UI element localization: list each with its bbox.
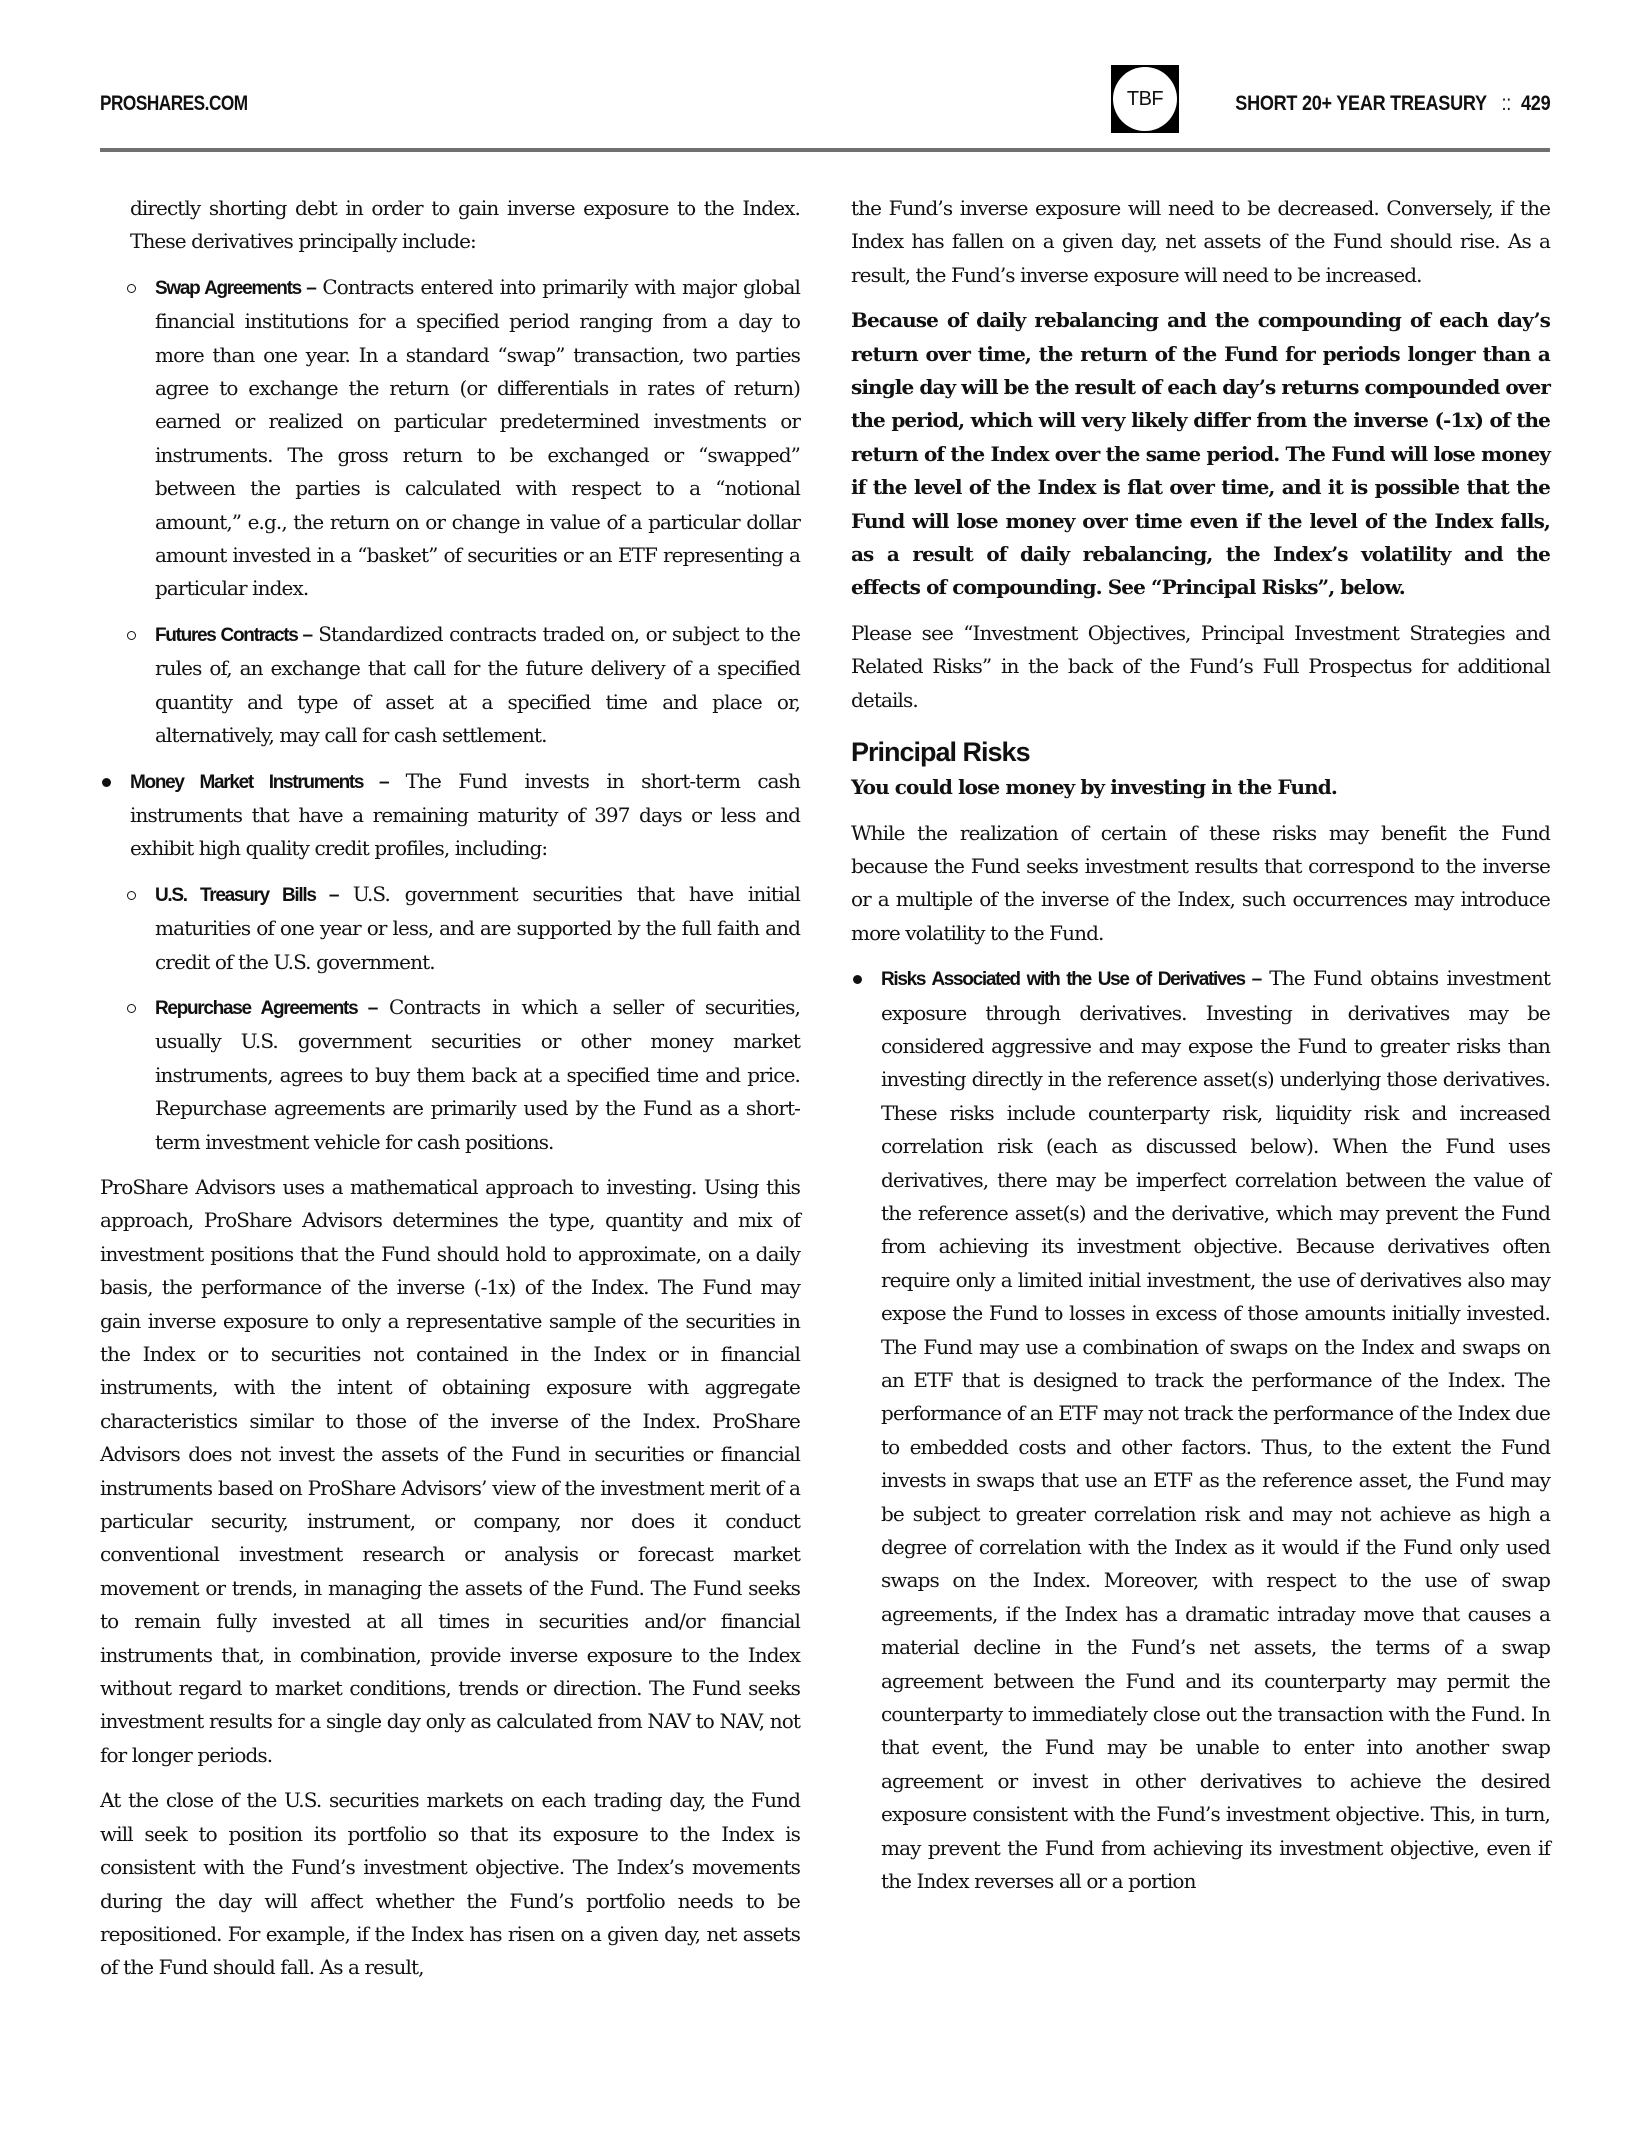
term-label: Repurchase Agreements – — [155, 998, 377, 1019]
paragraph-continued: the Fund’s inverse exposure will need to… — [851, 192, 1550, 292]
list-item-money-market: Money Market Instruments – The Fund inve… — [100, 765, 800, 866]
list-item-swap-agreements: Swap Agreements – Contracts entered into… — [100, 271, 800, 606]
page-header: PROSHARES.COM TBF SHORT 20+ YEAR TREASUR… — [100, 60, 1550, 152]
page-number: 429 — [1521, 92, 1550, 115]
ticker-badge-icon: TBF — [1111, 65, 1179, 133]
section-title-principal-risks: Principal Risks — [851, 735, 1550, 769]
ticker-badge-label: TBF — [1113, 67, 1177, 131]
paragraph-realization: While the realization of certain of thes… — [851, 817, 1550, 951]
term-text: The Fund obtains investment exposure thr… — [881, 966, 1550, 1893]
site-url: PROSHARES.COM — [100, 92, 248, 116]
list-item-derivatives-risk: Risks Associated with the Use of Derivat… — [851, 962, 1550, 1898]
hollow-bullet-icon — [127, 1004, 136, 1013]
term-label: Swap Agreements – — [155, 278, 316, 299]
paragraph-compounding-warning: Because of daily rebalancing and the com… — [851, 304, 1550, 605]
term-label: Risks Associated with the Use of Derivat… — [881, 969, 1261, 990]
term-text: Contracts entered into primarily with ma… — [155, 275, 800, 601]
separator: :: — [1501, 92, 1511, 115]
paragraph-see-prospectus: Please see “Investment Objectives, Princ… — [851, 617, 1550, 717]
list-item-repurchase-agreements: Repurchase Agreements – Contracts in whi… — [100, 991, 800, 1159]
list-item-futures-contracts: Futures Contracts – Standardized contrac… — [100, 618, 800, 753]
lead-lose-money: You could lose money by investing in the… — [851, 771, 1550, 804]
filled-bullet-icon — [102, 778, 111, 787]
paragraph-market-close: At the close of the U.S. securities mark… — [100, 1784, 800, 1984]
term-label: U.S. Treasury Bills – — [155, 885, 338, 906]
term-label: Money Market Instruments – — [130, 772, 388, 793]
hollow-bullet-icon — [127, 631, 136, 640]
fund-name: SHORT 20+ YEAR TREASURY — [1235, 92, 1486, 115]
header-rule — [100, 148, 1550, 152]
filled-bullet-icon — [853, 975, 862, 984]
paragraph-derivatives-intro: directly shorting debt in order to gain … — [100, 192, 800, 259]
running-head: SHORT 20+ YEAR TREASURY :: 429 — [1235, 92, 1550, 116]
list-item-treasury-bills: U.S. Treasury Bills – U.S. government se… — [100, 878, 800, 979]
left-column: directly shorting debt in order to gain … — [100, 192, 800, 1997]
term-label: Futures Contracts – — [155, 625, 312, 646]
hollow-bullet-icon — [127, 284, 136, 293]
paragraph-approach: ProShare Advisors uses a mathematical ap… — [100, 1171, 800, 1772]
hollow-bullet-icon — [127, 891, 136, 900]
right-column: the Fund’s inverse exposure will need to… — [851, 192, 1550, 1911]
